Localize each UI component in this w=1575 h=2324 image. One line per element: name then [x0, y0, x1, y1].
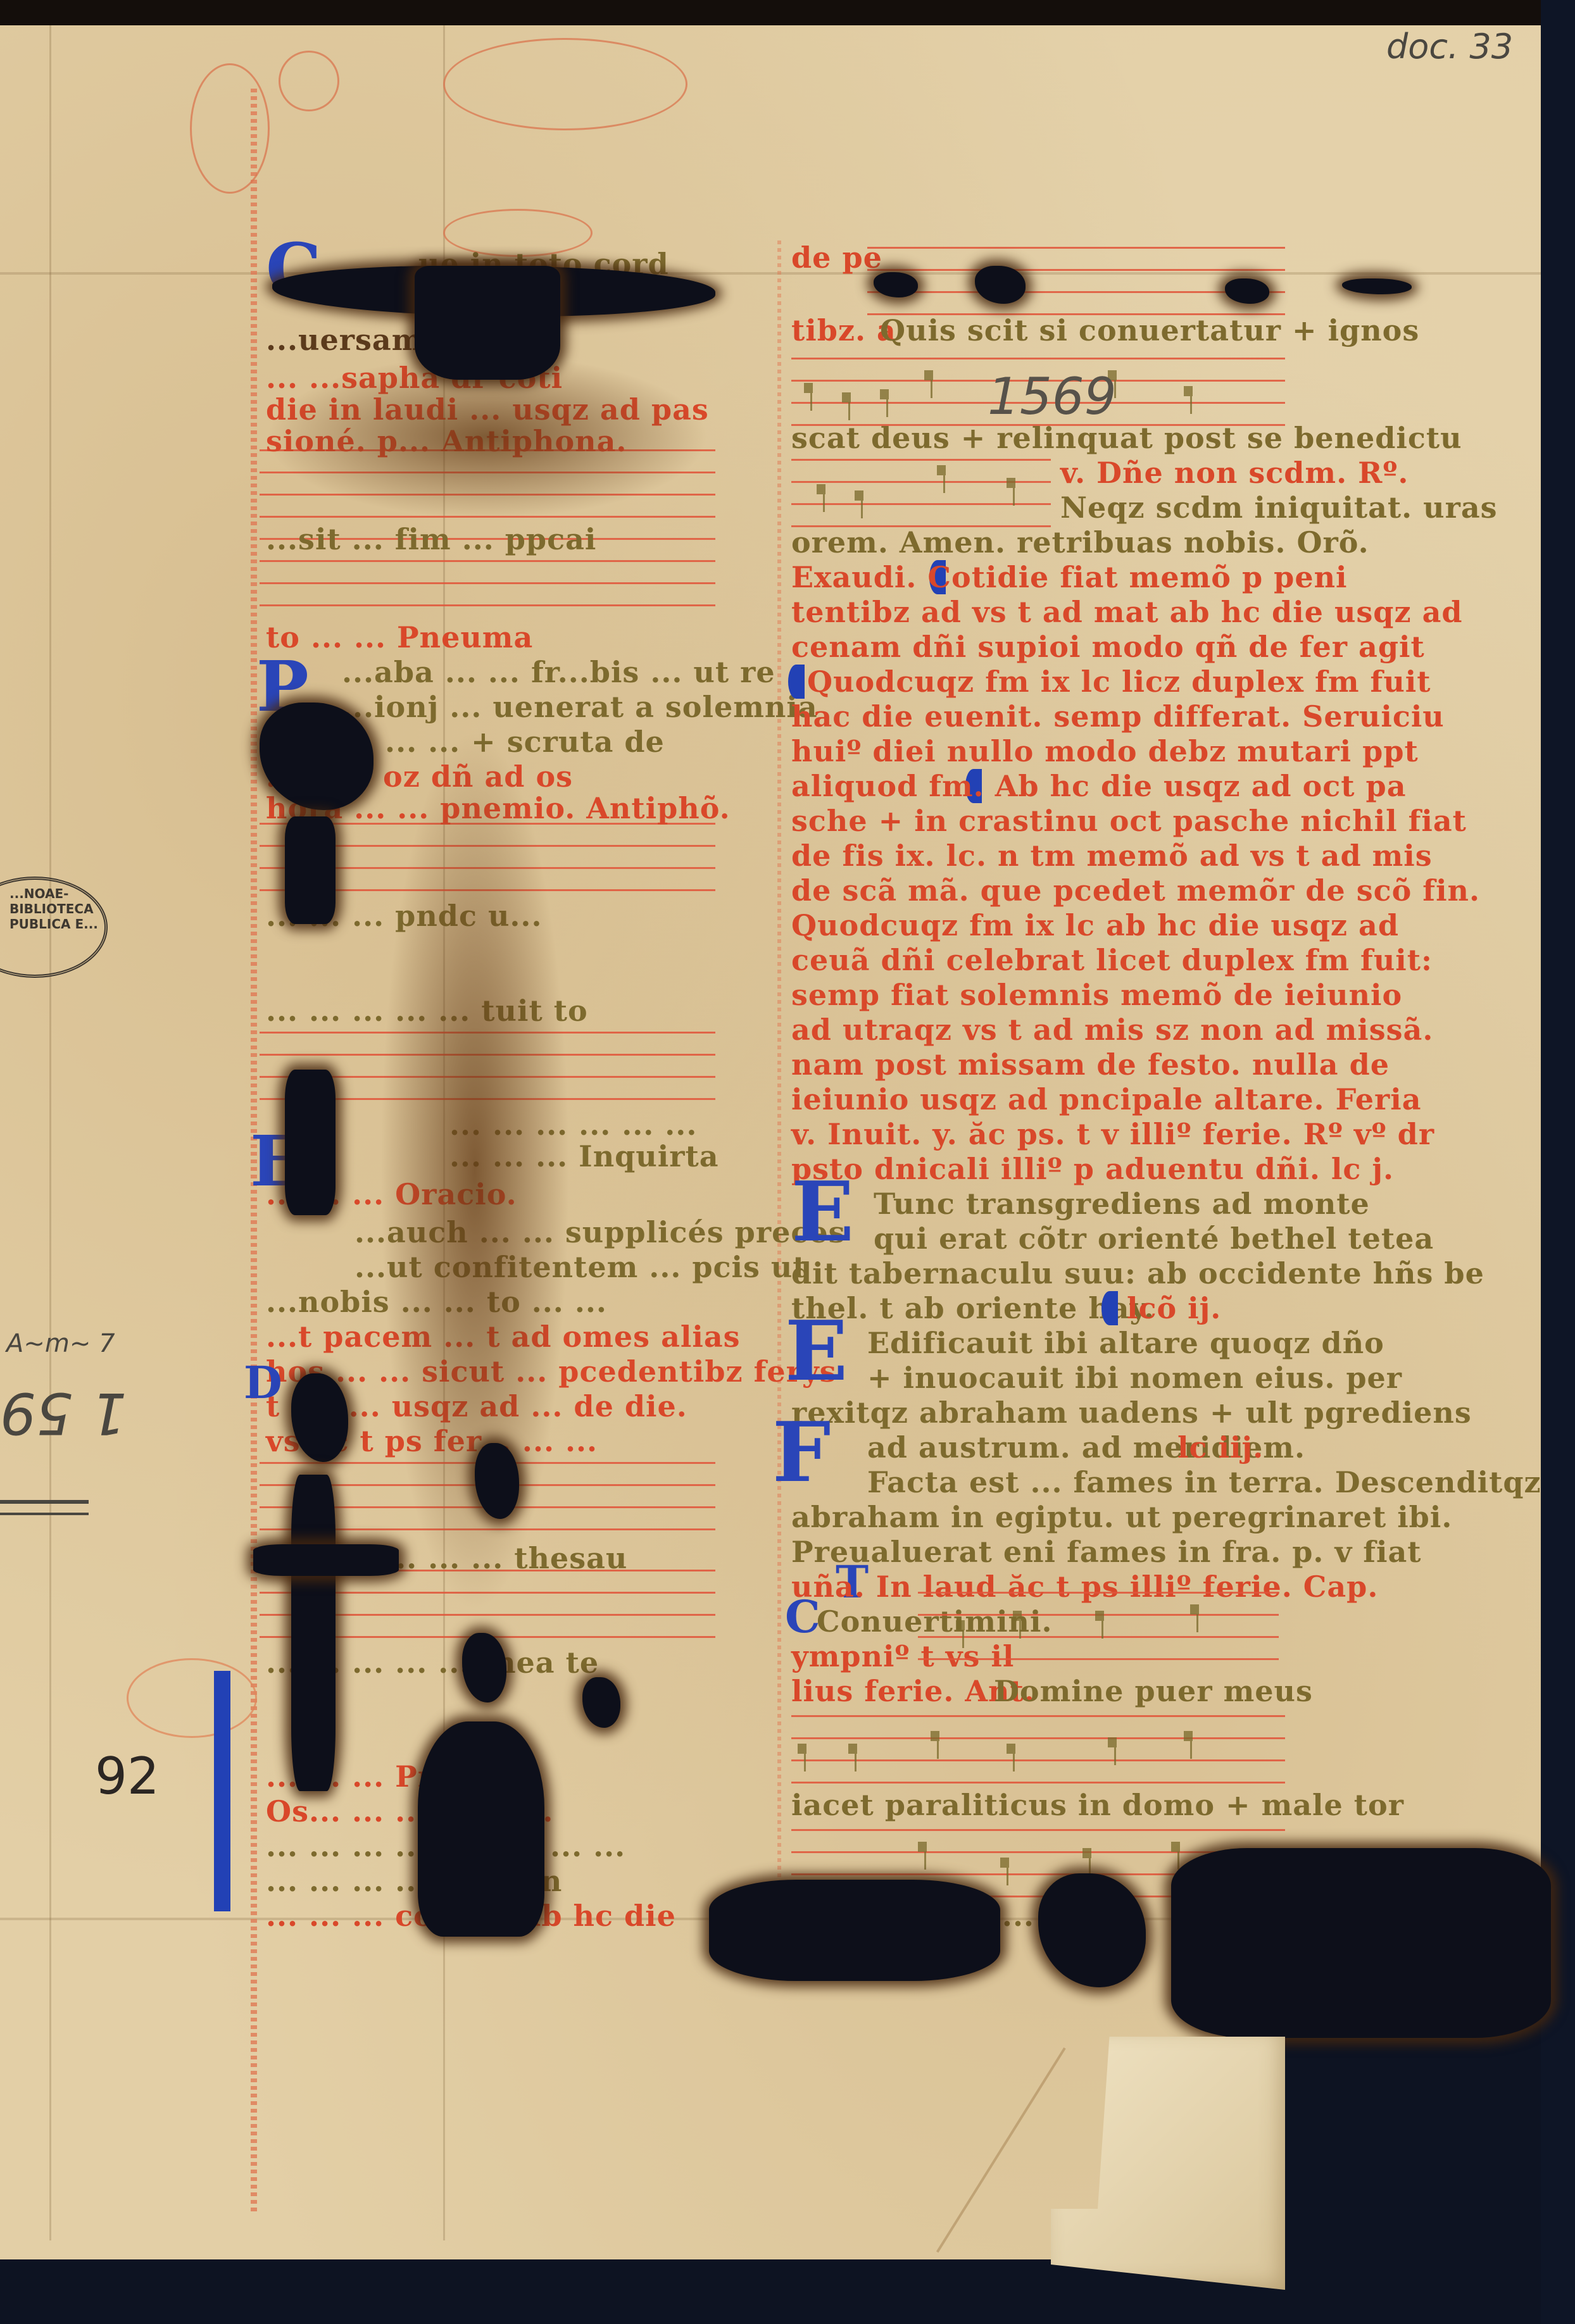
text-line: + inuocauit ibi nomen eius. per [867, 1361, 1402, 1395]
decorated-initial-blue: D [244, 1361, 282, 1405]
pen-flourish [127, 1658, 257, 1738]
text-line: Quodcuqz fm ix lc ab hc die usqz ad [791, 908, 1399, 942]
margin-strike-line [0, 1513, 89, 1515]
text-line: Neqz scdm iniquitat. uras [1060, 490, 1498, 525]
blue-paragraph-mark [1101, 1291, 1118, 1325]
text-line: orem. Amen. retribuas nobis. Orõ. [791, 525, 1369, 559]
decorated-initial-blue: E [791, 1171, 854, 1253]
burn-hole [285, 816, 336, 924]
vertical-crease [49, 25, 51, 2240]
burn-hole [415, 266, 560, 380]
margin-number-note: 1 59 [0, 1380, 127, 1446]
text-line: psto dnicali illiº p aduentu dñi. lc j. [791, 1152, 1394, 1186]
text-line: huiº diei nullo modo debz mutari ppt [791, 734, 1419, 768]
text-line: dit tabernaculu suu: ab occidente hñs be [791, 1256, 1484, 1290]
text-line: de fis ix. lc. n tm memõ ad vs t ad mis [791, 839, 1433, 873]
stamp-text: ...NOAE-BIBLIOTECA PUBLICA E... [9, 886, 104, 932]
blue-paragraph-mark [788, 665, 805, 699]
right-column: 1569 de pe tibz. a Quis scit si conuerta… [785, 241, 1291, 1861]
background-top [0, 0, 1575, 28]
burn-hole [291, 1475, 336, 1791]
burn-hole [418, 1721, 544, 1937]
text-line: tentibz ad vs t ad mat ab hc die usqz ad [791, 595, 1463, 629]
text-line: ceuã dñi celebrat licet duplex fm fuit: [791, 943, 1433, 977]
margin-signature: A~m~ 7 [6, 1329, 115, 1358]
text-line: Preualuerat eni fames in fra. p. v fiat [791, 1535, 1422, 1569]
burn-hole [285, 1070, 336, 1215]
pen-flourish [443, 38, 687, 130]
text-line: rexitqz abraham uadens + ult pgrediens [791, 1396, 1472, 1430]
music-staff [791, 459, 1051, 528]
text-line: v. Inuit. y. ăc ps. t v illiº ferie. Rº … [791, 1117, 1434, 1151]
margin-year-note: 1569 [988, 367, 1117, 426]
archive-label: doc. 33 [1386, 27, 1513, 66]
text-line: qui erat cõtr orienté bethel tetea [874, 1221, 1434, 1256]
music-staff [867, 247, 1285, 316]
decorated-initial-blue: C [785, 1595, 820, 1639]
music-staff [791, 1715, 1285, 1785]
text-line: cenam dñi supioi modo qñ de fer agit [791, 630, 1425, 664]
burn-hole [253, 1544, 399, 1576]
text-line: Quis scit si conuertatur + ignos [880, 313, 1419, 347]
text-line: hac die euenit. semp differat. Seruiciu [791, 699, 1445, 734]
music-staff [918, 1592, 1279, 1661]
text-line: ad utraqz vs t ad mis sz non ad missã. [791, 1013, 1433, 1047]
text-line: scat deus + relinquat post se benedictu [791, 421, 1462, 455]
pen-flourish [190, 63, 270, 194]
text-line: ...aba ... ... fr...bis ... ut re [342, 655, 775, 689]
text-line: v. Dñe non scdm. Rº. [1060, 456, 1409, 490]
text-line: semp fiat solemnis memõ de ieiunio [791, 978, 1402, 1012]
decorated-initial-blue: F [772, 1411, 831, 1494]
text-line: ...ionj ... uenerat a solemnia [342, 690, 818, 724]
burn-hole [1171, 1848, 1551, 2038]
text-line: ...sit ... fim ... ppcai [266, 522, 596, 556]
burn-hole [709, 1880, 1000, 1981]
text-line: sche + in crastinu oct pasche nichil fia… [791, 804, 1467, 838]
text-line: abraham in egiptu. ut peregrinaret ibi. [791, 1500, 1452, 1534]
text-line: lcõ ij. [1127, 1291, 1221, 1325]
margin-strike-line [0, 1500, 89, 1504]
text-line: Domine puer meus [994, 1674, 1313, 1708]
column-ruling [777, 241, 781, 1886]
horizontal-crease [0, 272, 1541, 275]
text-line: de pe [791, 241, 882, 275]
text-line: lc iij. [1177, 1430, 1264, 1465]
text-line: iacet paraliticus in domo + male tor [791, 1788, 1404, 1822]
text-line: Quodcuqz fm ix lc licz duplex fm fuit [807, 665, 1431, 699]
text-line: de scã mã. que pcedet memõr de scõ fin. [791, 873, 1480, 908]
text-line: Exaudi. Cotidie fiat memõ p peni [791, 560, 1348, 594]
text-line: Tunc transgrediens ad monte [874, 1187, 1370, 1221]
text-line: ieiunio usqz ad pncipale altare. Feria [791, 1082, 1422, 1116]
folio-number: 92 [95, 1747, 160, 1806]
text-line: nam post missam de festo. nulla de [791, 1047, 1390, 1082]
text-line: Facta est ... fames in terra. Descenditq… [867, 1465, 1541, 1499]
decorated-initial-blue: E [785, 1310, 848, 1392]
pen-flourish [279, 51, 339, 111]
text-line: aliquod fm. Ab hc die usqz ad oct pa [791, 769, 1407, 803]
text-line: Edificauit ibi altare quoqz dño [867, 1326, 1384, 1360]
decorated-initial-I-stem [214, 1671, 230, 1911]
